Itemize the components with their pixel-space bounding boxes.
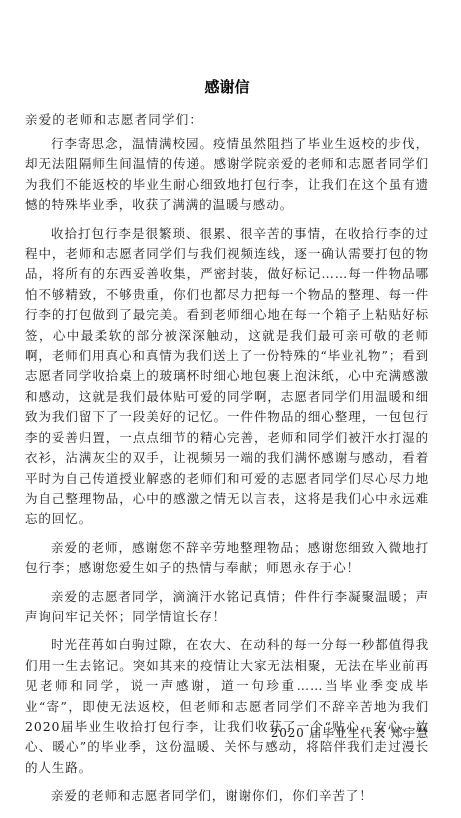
paragraph-packing: 收拾打包行李是很繁琐、很累、很辛苦的事情，在收拾行李的过程中，老师和志愿者同学们… <box>25 224 429 530</box>
paragraph-intro: 行李寄思念，温情满校园。疫情虽然阻挡了毕业生返校的步伐，却无法阻隔师生间温情的传… <box>25 134 429 216</box>
paragraph-thanks-teachers: 亲爱的老师，感谢您不辞辛劳地整理物品；感谢您细致入微地打包行李；感谢您爱生如子的… <box>25 538 429 579</box>
letter-body: 行李寄思念，温情满校园。疫情虽然阻挡了毕业生返校的步伐，却无法阻隔师生间温情的传… <box>25 134 429 815</box>
letter-title: 感谢信 <box>25 76 429 97</box>
paragraph-closing: 亲爱的老师和志愿者同学们，谢谢你们，你们辛苦了！ <box>25 786 429 806</box>
paragraph-reflection: 时光荏苒如白驹过隙，在农大、在动科的每一分每一秒都值得我们用一生去铭记。突如其来… <box>25 635 429 778</box>
letter-signature: 2020 届毕业生代表 郑宇慧 <box>271 724 429 741</box>
paragraph-thanks-volunteers: 亲爱的志愿者同学，滴滴汗水铭记真情；件件行李凝聚温暖；声声询问牢记关怀；同学情谊… <box>25 587 429 628</box>
letter-salutation: 亲爱的老师和志愿者同学们： <box>25 110 203 130</box>
